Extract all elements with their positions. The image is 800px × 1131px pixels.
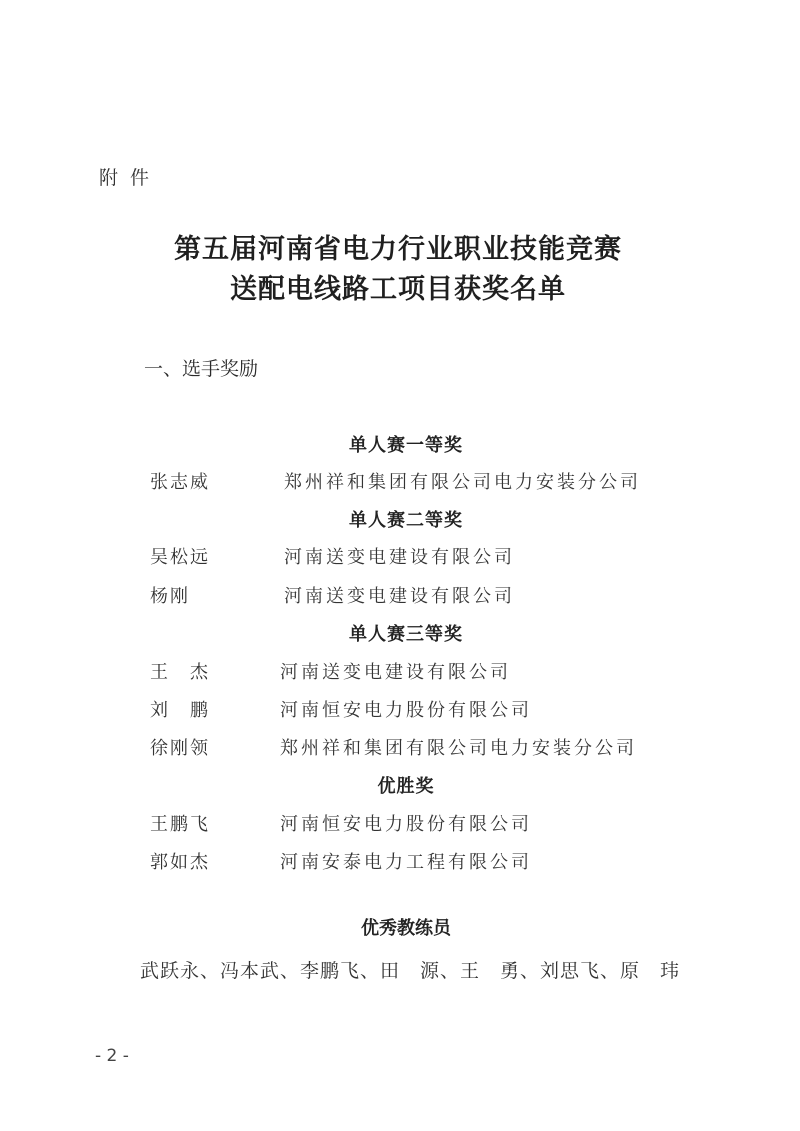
coaches-list: 武跃永、冯本武、李鹏飞、田 源、王 勇、刘思飞、原 玮 — [140, 956, 680, 983]
winner-org: 河南送变电建设有限公司 — [284, 543, 515, 569]
winner-org: 河南安泰电力工程有限公司 — [280, 848, 532, 874]
award-heading-third-prize: 单人赛三等奖 — [0, 620, 800, 646]
winner-row: 刘 鹏河南恒安电力股份有限公司 — [150, 696, 532, 722]
document-title-line-1: 第五届河南省电力行业职业技能竞赛 — [0, 227, 798, 266]
winner-row: 吴松远河南送变电建设有限公司 — [150, 543, 515, 569]
winner-name: 杨刚 — [150, 582, 280, 608]
winner-row: 张志威郑州祥和集团有限公司电力安装分公司 — [150, 468, 641, 494]
award-heading-second-prize: 单人赛二等奖 — [0, 506, 800, 532]
winner-name: 王 杰 — [150, 658, 280, 684]
section-heading: 一、选手奖励 — [144, 354, 258, 381]
attachment-label: 附件 — [99, 163, 161, 190]
winner-name: 王鹏飞 — [150, 810, 280, 836]
winner-name: 刘 鹏 — [150, 696, 280, 722]
winner-org: 郑州祥和集团有限公司电力安装分公司 — [280, 734, 637, 760]
winner-name: 郭如杰 — [150, 848, 280, 874]
award-heading-first-prize: 单人赛一等奖 — [0, 431, 800, 457]
page-number: - 2 - — [95, 1046, 129, 1066]
winner-org: 河南送变电建设有限公司 — [284, 582, 515, 608]
winner-row: 郭如杰河南安泰电力工程有限公司 — [150, 848, 532, 874]
winner-row: 徐刚领郑州祥和集团有限公司电力安装分公司 — [150, 734, 637, 760]
winner-org: 郑州祥和集团有限公司电力安装分公司 — [284, 468, 641, 494]
winner-org: 河南送变电建设有限公司 — [280, 658, 511, 684]
winner-name: 吴松远 — [150, 543, 280, 569]
winner-row: 王 杰河南送变电建设有限公司 — [150, 658, 511, 684]
award-heading-excellence: 优胜奖 — [0, 772, 800, 798]
winner-row: 王鹏飞河南恒安电力股份有限公司 — [150, 810, 532, 836]
winner-org: 河南恒安电力股份有限公司 — [280, 696, 532, 722]
winner-name: 张志威 — [150, 468, 280, 494]
coaches-heading: 优秀教练员 — [0, 914, 800, 940]
winner-name: 徐刚领 — [150, 734, 280, 760]
winner-row: 杨刚河南送变电建设有限公司 — [150, 582, 515, 608]
winner-org: 河南恒安电力股份有限公司 — [280, 810, 532, 836]
document-title-line-2: 送配电线路工项目获奖名单 — [0, 267, 798, 306]
